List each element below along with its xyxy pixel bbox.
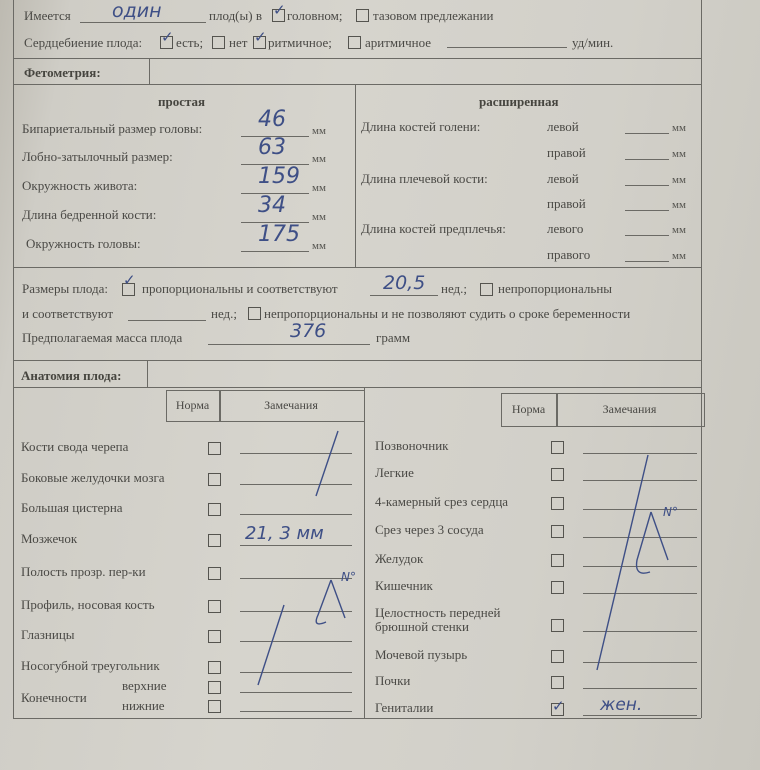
handwritten-strokes (0, 0, 760, 770)
left-annotation-degree: N° (341, 570, 356, 584)
right-annotation-degree: N° (663, 505, 678, 519)
ultrasound-report-form: Имеется один плод(ы) в ✓ головном; тазов… (0, 0, 760, 770)
